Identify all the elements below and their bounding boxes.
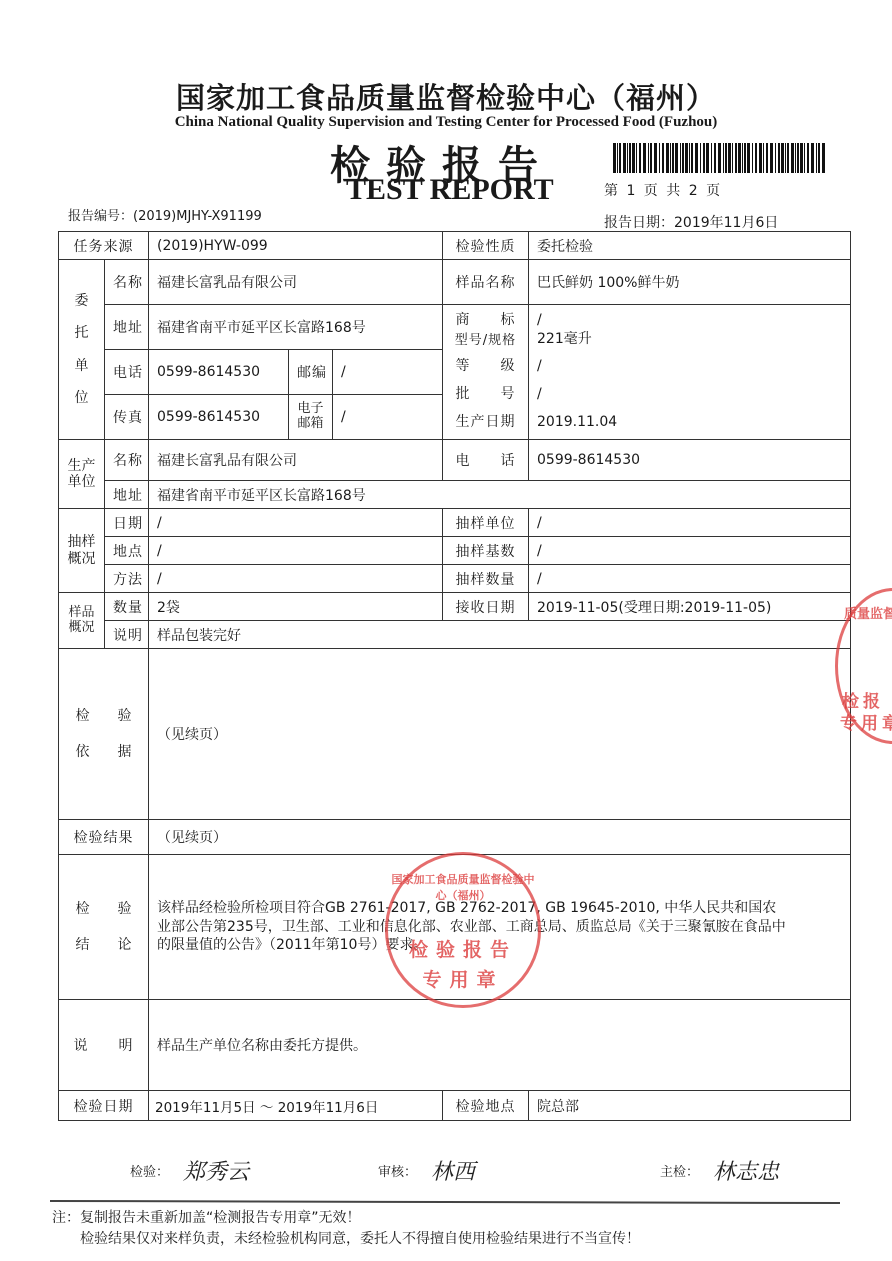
client-postcode-value: / (333, 350, 443, 395)
sampling-base-value: / (529, 537, 851, 565)
org-title-en: China National Quality Supervision and T… (0, 114, 892, 131)
footer-note-2: 检验结果仅对来样负责，未经检验机构同意，委托人不得擅自使用检验结果进行不当宣传！ (80, 1228, 640, 1248)
reviewer-label: 审核： (378, 1161, 417, 1180)
basis-label: 检 验 依 据 (59, 649, 149, 820)
trademark-label: 商 标 (451, 309, 520, 329)
footer-note-1: 注：复制报告未重新加盖“检测报告专用章”无效！ (52, 1207, 361, 1227)
approver-signature: 主检： 林志忠 (660, 1155, 779, 1186)
signature-row: 检验： 郑秀云 审核： 林西 主检： 林志忠 (120, 1155, 820, 1191)
received-date-value: 2019-11-05(受理日期:2019-11-05) (529, 593, 851, 621)
barcode (613, 143, 826, 173)
sampling-unit-value: / (529, 509, 851, 537)
producer-phone-value: 0599-8614530 (529, 440, 851, 481)
test-date-label: 检验日期 (59, 1091, 149, 1121)
grade-batch-date-values: / / 2019.11.04 (529, 350, 851, 440)
production-date-label: 生产日期 (451, 408, 520, 436)
sampling-group-label: 抽样概况 (59, 509, 105, 593)
sample-count-value: 2袋 (149, 593, 443, 621)
margin-seal: 质量监督 检报 专用章 (835, 588, 892, 744)
sample-name-label: 样品名称 (443, 260, 529, 305)
margin-seal-line1: 质量监督 (844, 603, 892, 622)
client-email-value: / (333, 395, 443, 440)
inspection-type-label: 检验性质 (443, 232, 529, 260)
task-source-value: (2019)HYW-099 (149, 232, 443, 260)
sample-note-label: 说明 (105, 621, 149, 649)
sampling-date-value: / (149, 509, 443, 537)
sampling-unit-label: 抽样单位 (443, 509, 529, 537)
tester-sig: 郑秀云 (183, 1155, 249, 1186)
test-place-label: 检验地点 (443, 1091, 529, 1121)
sample-count-label: 数量 (105, 593, 149, 621)
trademark-spec-values: / 221毫升 (529, 305, 851, 350)
basis-label-line1: 检 验 (67, 698, 140, 734)
report-date: 报告日期：2019年11月6日 (604, 212, 778, 232)
spec-label: 型号/规格 (451, 329, 520, 348)
basis-value: （见续页） (149, 649, 851, 820)
tester-signature: 检验： 郑秀云 (130, 1155, 249, 1186)
client-phone-value: 0599-8614530 (149, 350, 289, 395)
batch-value: / (537, 380, 842, 408)
batch-label: 批 号 (451, 380, 520, 408)
report-number: 报告编号：(2019)MJHY-X91199 (68, 205, 262, 224)
spec-value: 221毫升 (537, 328, 842, 348)
client-postcode-label: 邮编 (289, 350, 333, 395)
sampling-method-label: 方法 (105, 565, 149, 593)
reviewer-signature: 审核： 林西 (378, 1155, 475, 1186)
report-title-en: TEST REPORT (346, 173, 554, 207)
trademark-spec-labels: 商 标 型号/规格 (443, 305, 529, 350)
producer-name-label: 名称 (105, 440, 149, 481)
sample-note-value: 样品包装完好 (149, 621, 851, 649)
producer-phone-label: 电 话 (443, 440, 529, 481)
grade-batch-date-labels: 等 级 批 号 生产日期 (443, 350, 529, 440)
remarks-label: 说 明 (59, 1000, 149, 1091)
conclusion-label-line2: 结 论 (67, 927, 140, 963)
approver-label: 主检： (660, 1161, 699, 1180)
grade-label: 等 级 (451, 352, 520, 380)
trademark-value: / (537, 312, 842, 328)
official-seal: 国家加工食品质量监督检验中心（福州） 检验报告 专用章 (385, 852, 541, 1008)
client-phone-label: 电话 (105, 350, 149, 395)
reviewer-sig: 林西 (431, 1155, 475, 1186)
task-source-label: 任务来源 (59, 232, 149, 260)
tester-label: 检验： (130, 1161, 169, 1180)
sampling-qty-label: 抽样数量 (443, 565, 529, 593)
org-title-cn: 国家加工食品质量监督检验中心（福州） (0, 76, 892, 117)
result-value: （见续页） (149, 820, 851, 855)
sampling-base-label: 抽样基数 (443, 537, 529, 565)
test-date-value: 2019年11月5日 ～ 2019年11月6日 (149, 1091, 443, 1121)
seal-line1: 检验报告 (388, 935, 538, 962)
client-address-label: 地址 (105, 305, 149, 350)
client-fax-label: 传真 (105, 395, 149, 440)
margin-seal-line3: 专用章 (840, 709, 892, 734)
sample-name-value: 巴氏鲜奶 100%鲜牛奶 (529, 260, 851, 305)
production-date-value: 2019.11.04 (537, 408, 842, 436)
basis-label-line2: 依 据 (67, 734, 140, 770)
seal-line2: 专用章 (388, 965, 538, 992)
grade-value: / (537, 352, 842, 380)
producer-group-label: 生产单位 (59, 440, 105, 509)
sampling-place-label: 地点 (105, 537, 149, 565)
sampling-date-label: 日期 (105, 509, 149, 537)
sampling-qty-value: / (529, 565, 851, 593)
seal-org-text: 国家加工食品质量监督检验中心（福州） (388, 871, 538, 903)
producer-name-value: 福建长富乳品有限公司 (149, 440, 443, 481)
producer-address-value: 福建省南平市延平区长富路168号 (149, 481, 851, 509)
client-fax-value: 0599-8614530 (149, 395, 289, 440)
client-email-label: 电子邮箱 (289, 395, 333, 440)
client-address-value: 福建省南平市延平区长富路168号 (149, 305, 443, 350)
sampling-place-value: / (149, 537, 443, 565)
sampling-method-value: / (149, 565, 443, 593)
result-label: 检验结果 (59, 820, 149, 855)
test-place-value: 院总部 (529, 1091, 851, 1121)
received-date-label: 接收日期 (443, 593, 529, 621)
client-name-value: 福建长富乳品有限公司 (149, 260, 443, 305)
footer-divider (50, 1200, 840, 1204)
conclusion-label: 检 验 结 论 (59, 855, 149, 1000)
approver-sig: 林志忠 (713, 1155, 779, 1186)
inspection-type-value: 委托检验 (529, 232, 851, 260)
page-info: 第 1 页 共 2 页 (604, 180, 722, 200)
remarks-value: 样品生产单位名称由委托方提供。 (149, 1000, 851, 1091)
producer-address-label: 地址 (105, 481, 149, 509)
client-group-label: 委托单位 (59, 260, 105, 440)
client-name-label: 名称 (105, 260, 149, 305)
sample-overview-group-label: 样品概况 (59, 593, 105, 649)
conclusion-label-line1: 检 验 (67, 891, 140, 927)
